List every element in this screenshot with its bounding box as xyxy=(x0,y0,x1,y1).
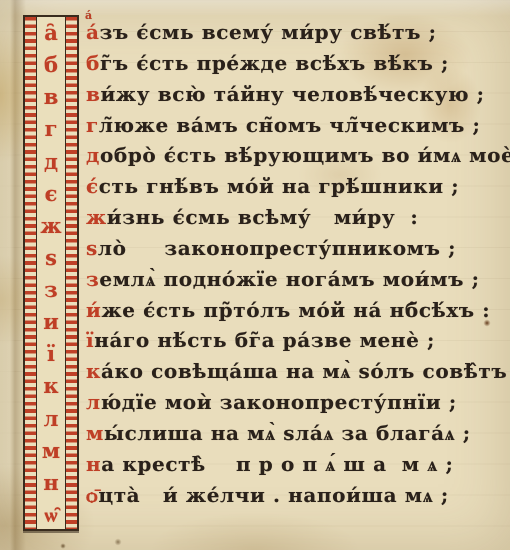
striped-border-left xyxy=(25,17,37,529)
line-text: цта̀ и́ же́лчи . напои́ша мѧ ; xyxy=(98,483,449,507)
line-initial: а́ xyxy=(86,20,100,44)
alphabet-letter: ѡ̑ xyxy=(45,504,58,525)
line-text: же є́сть пр̃то́лъ мо́й на́ нб̃сѣ́хъ : xyxy=(101,298,490,322)
line-superscript: а́ xyxy=(85,10,92,21)
line-initial: ї xyxy=(86,328,94,352)
line-text: л̃юже ва́мъ сн̃омъ чл̃ческимъ ; xyxy=(99,113,481,137)
line-text: обро̀ є́сть вѣ́рующимъ во и́мѧ моѐ : xyxy=(100,143,510,167)
line-initial: м xyxy=(86,421,104,445)
line-initial: в xyxy=(86,82,101,106)
alphabet-letter: в xyxy=(44,86,59,107)
alphabet-letter: и xyxy=(43,311,59,332)
alphabet-border-column: а̑ б в г д є ж ѕ з и ї к л м н ѡ̑ xyxy=(23,15,79,531)
line-text: а крестѣ̀ п р о п ѧ́ ш а м ѧ ; xyxy=(101,452,453,476)
alphabet-letter-list: а̑ б в г д є ж ѕ з и ї к л м н ѡ̑ xyxy=(37,17,65,529)
manuscript-page: а̑ б в г д є ж ѕ з и ї к л м н ѡ̑ а́а́зъ… xyxy=(0,0,510,550)
text-line: ка́ко совѣща́ша на мѧ̀ ѕо́лъ совѣ̂тъ ; xyxy=(86,356,508,387)
line-text: ло̀ законопресту́пникомъ ; xyxy=(98,236,456,260)
text-line: ѻ̄цта̀ и́ же́лчи . напои́ша мѧ ; xyxy=(86,480,508,511)
text-line: ви́жу всю̀ та́йну человѣ́ческую ; xyxy=(86,79,508,110)
alphabet-letter: л xyxy=(44,408,59,429)
text-line: бг̃ъ є́сть пре́жде всѣ́хъ вѣ́къ ; xyxy=(86,48,508,79)
text-line: їна́го нѣ́сть бг̃а ра́зве менѐ ; xyxy=(86,325,508,356)
text-line: на крестѣ̀ п р о п ѧ́ ш а м ѧ ; xyxy=(86,449,508,480)
alphabet-letter: ж xyxy=(40,215,61,236)
line-text: а́ко совѣща́ша на мѧ̀ ѕо́лъ совѣ̂тъ ; xyxy=(101,359,510,383)
text-line: землѧ̀ подно́жїе нога́мъ мои́мъ ; xyxy=(86,264,508,295)
alphabet-letter: к xyxy=(43,375,58,396)
line-text: сть гнѣ́въ мо́й на грѣ́шники ; xyxy=(99,174,459,198)
text-line: а́а́зъ є́смь всему́ ми́ру свѣ́тъ ; xyxy=(86,17,508,48)
alphabet-letter: б xyxy=(44,54,58,75)
line-initial: з xyxy=(86,267,99,291)
text-line: добро̀ є́сть вѣ́рующимъ во и́мѧ моѐ : xyxy=(86,140,508,171)
line-initial: к xyxy=(86,359,101,383)
acrostic-text-block: а́а́зъ є́смь всему́ ми́ру свѣ́тъ ; бг̃ъ … xyxy=(86,17,508,511)
line-initial: є́ xyxy=(86,174,99,198)
line-text: и́знь є́смь всѣму́ ми́ру : xyxy=(107,205,419,229)
line-initial: н xyxy=(86,452,101,476)
alphabet-letter: г xyxy=(45,118,58,139)
line-text: емлѧ̀ подно́жїе нога́мъ мои́мъ ; xyxy=(99,267,479,291)
line-initial: ж xyxy=(86,205,107,229)
text-line: мы́слиша на мѧ̀ ѕла́ѧ за блага́ѧ ; xyxy=(86,418,508,449)
line-initial: л xyxy=(86,390,101,414)
striped-border-right xyxy=(65,17,77,529)
line-initial: б xyxy=(86,51,100,75)
line-text: и́жу всю̀ та́йну человѣ́ческую ; xyxy=(101,82,485,106)
text-line: и́же є́сть пр̃то́лъ мо́й на́ нб̃сѣ́хъ : xyxy=(86,295,508,326)
alphabet-letter: н xyxy=(43,472,58,493)
line-initial: г xyxy=(86,113,99,137)
line-initial: ѕ xyxy=(86,236,98,260)
alphabet-letter: д xyxy=(44,151,58,172)
line-initial: д xyxy=(86,143,100,167)
alphabet-letter: з xyxy=(44,279,57,300)
alphabet-letter: а̑ xyxy=(44,22,58,43)
line-text: зъ є́смь всему́ ми́ру свѣ́тъ ; xyxy=(100,20,437,44)
line-text: ю́дїе моѝ законопресту́пнїи ; xyxy=(101,390,457,414)
alphabet-letter: ї xyxy=(47,343,55,364)
text-line: жи́знь є́смь всѣму́ ми́ру : xyxy=(86,202,508,233)
line-initial: и́ xyxy=(86,298,101,322)
text-line: є́сть гнѣ́въ мо́й на грѣ́шники ; xyxy=(86,171,508,202)
line-text: ы́слиша на мѧ̀ ѕла́ѧ за блага́ѧ ; xyxy=(104,421,471,445)
alphabet-letter: м xyxy=(42,440,60,461)
alphabet-letter: є xyxy=(45,183,58,204)
text-line: лю́дїе моѝ законопресту́пнїи ; xyxy=(86,387,508,418)
line-text: г̃ъ є́сть пре́жде всѣ́хъ вѣ́къ ; xyxy=(100,51,449,75)
line-text: на́го нѣ́сть бг̃а ра́зве менѐ ; xyxy=(94,328,435,352)
alphabet-letter: ѕ xyxy=(45,247,57,268)
line-initial: ѻ̄ xyxy=(86,483,98,507)
text-line: гл̃юже ва́мъ сн̃омъ чл̃ческимъ ; xyxy=(86,110,508,141)
text-line: ѕло̀ законопресту́пникомъ ; xyxy=(86,233,508,264)
